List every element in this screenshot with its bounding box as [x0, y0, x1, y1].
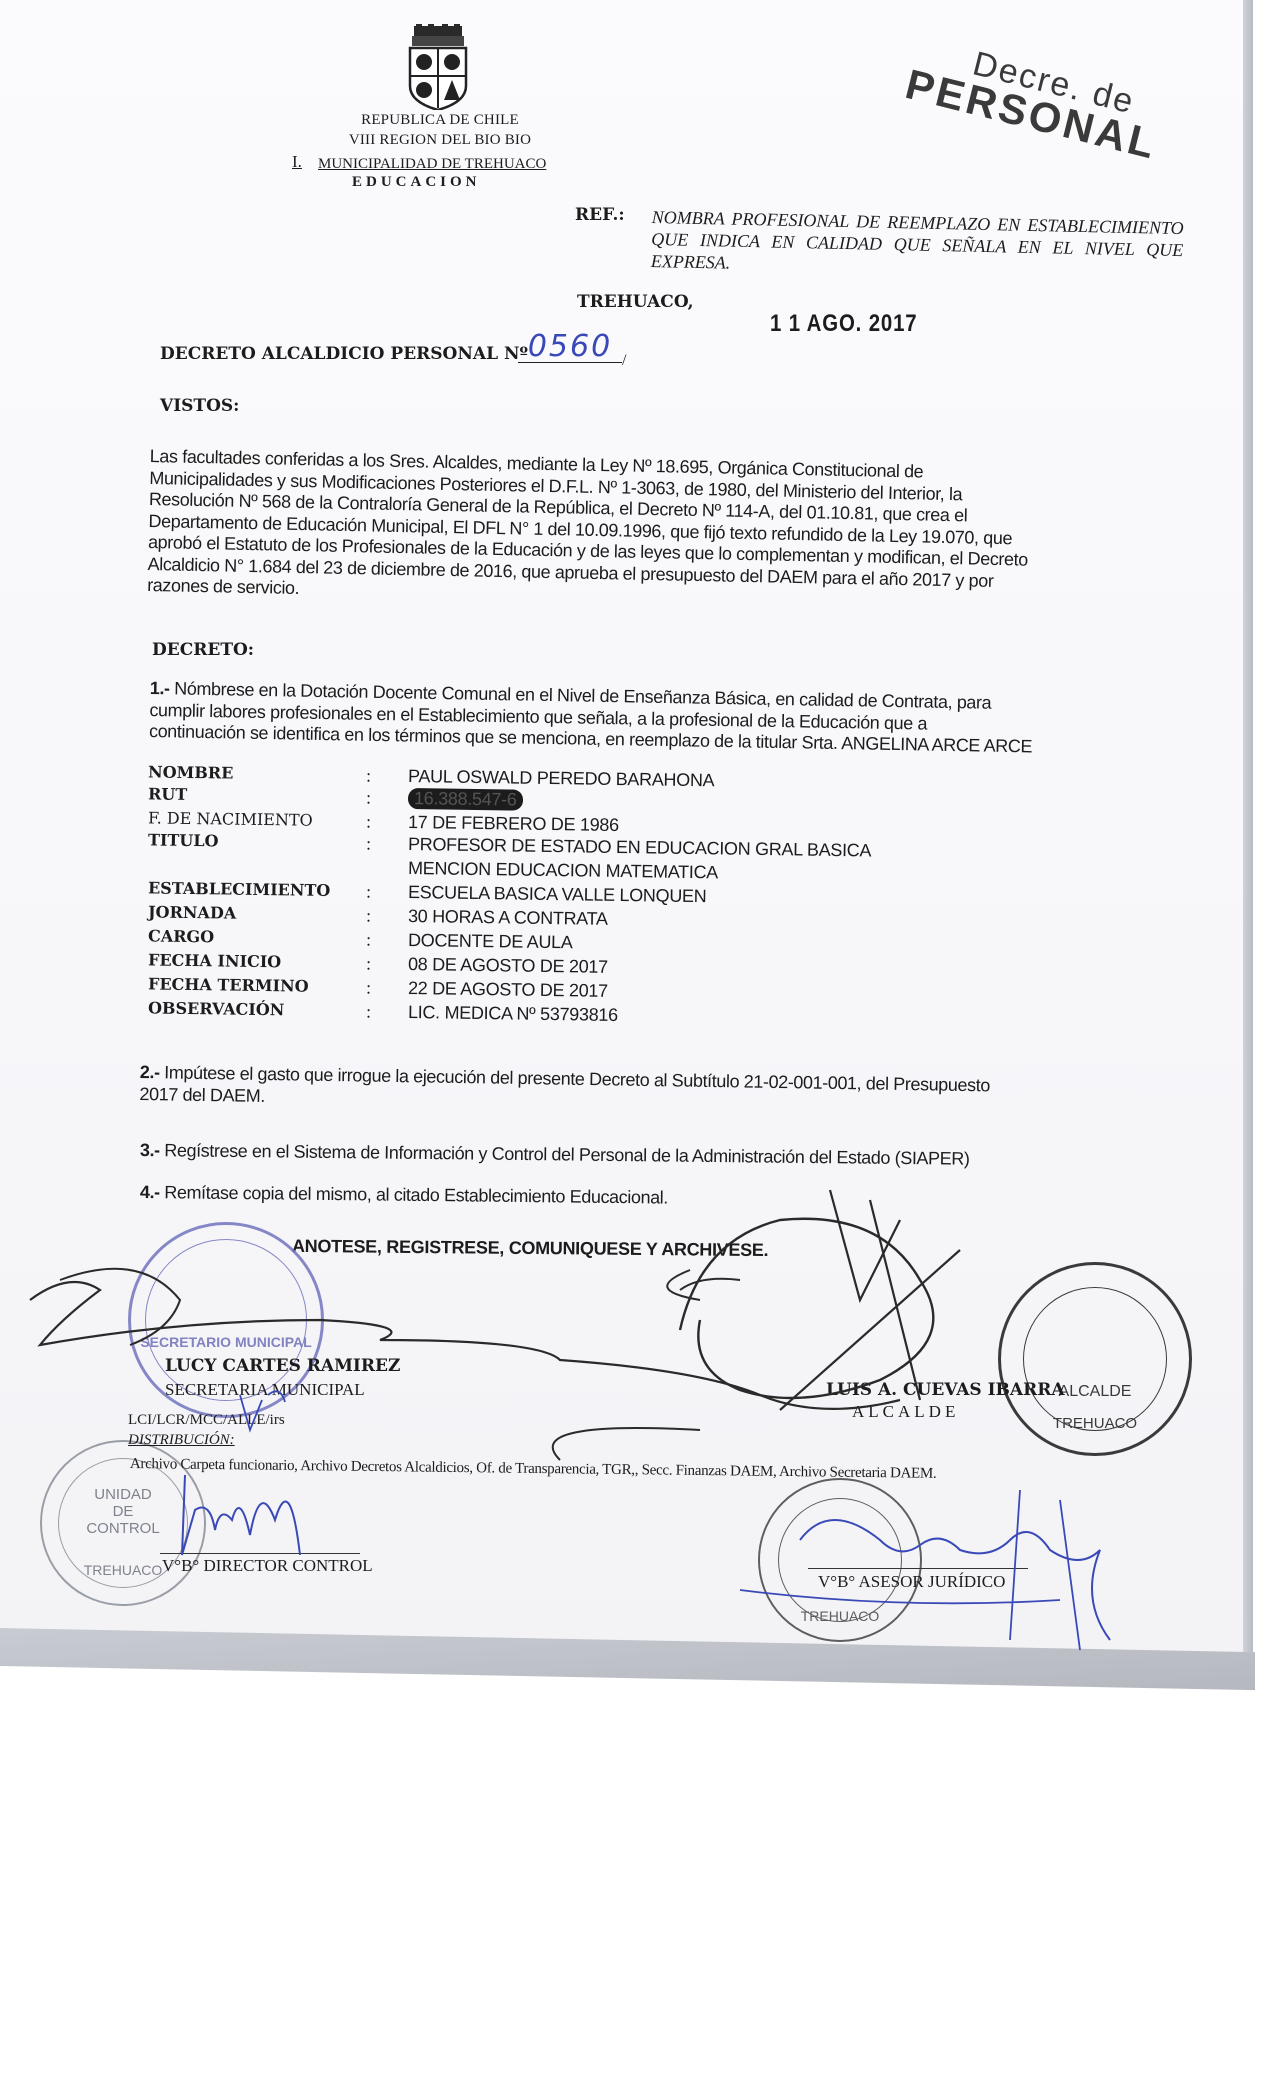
- header-department: EDUCACION: [352, 174, 481, 191]
- secretary-name: LUCY CARTES RAMIREZ: [165, 1356, 400, 1376]
- field-value-title-line2: MENCION EDUCACION MATEMATICA: [408, 858, 718, 883]
- field-label: TITULO: [148, 830, 219, 850]
- secretary-seal-text: SECRETARIO MUNICIPAL: [131, 1335, 321, 1350]
- field-label: ESTABLECIMIENTO: [148, 878, 330, 900]
- header-country: REPUBLICA DE CHILE: [280, 112, 600, 129]
- page-edge-shadow: [1243, 0, 1253, 1665]
- municipal-coat-of-arms-icon: [406, 24, 470, 110]
- place-label: TREHUACO,: [577, 292, 694, 312]
- field-label: NOMBRE: [148, 762, 234, 782]
- control-seal-line: DE: [42, 1503, 204, 1520]
- field-colon: :: [366, 929, 371, 950]
- mayor-role: ALCALDE: [852, 1402, 959, 1422]
- field-value-school: ESCUELA BASICA VALLE LONQUEN: [408, 882, 707, 907]
- field-colon: :: [366, 833, 371, 854]
- control-signature-line: [160, 1553, 360, 1554]
- field-value-start-date: 08 DE AGOSTO DE 2017: [408, 954, 608, 978]
- decree-number-slash: /: [622, 352, 626, 370]
- control-seal-center: UNIDAD DE CONTROL: [42, 1486, 204, 1537]
- control-seal-line: UNIDAD: [42, 1486, 204, 1503]
- field-label: OBSERVACIÓN: [148, 998, 285, 1019]
- item-3-number: 3.-: [140, 1140, 160, 1160]
- field-colon: :: [366, 881, 371, 902]
- field-colon: :: [366, 765, 371, 786]
- date-stamp: 1 1 AGO. 2017: [770, 310, 918, 338]
- field-value-end-date: 22 DE AGOSTO DE 2017: [408, 978, 608, 1002]
- field-colon: :: [366, 977, 371, 998]
- header-prefix: I.: [292, 152, 302, 172]
- decree-title: DECRETO ALCALDICIO PERSONAL Nº: [160, 344, 528, 364]
- field-value-hours: 30 HORAS A CONTRATA: [408, 906, 608, 930]
- field-label: F. DE NACIMIENTO: [148, 808, 313, 829]
- field-label: CARGO: [148, 926, 214, 946]
- item-4-text: Remítase copia del mismo, al citado Esta…: [164, 1182, 668, 1207]
- field-value-name: PAUL OSWALD PEREDO BARAHONA: [408, 766, 715, 791]
- header-municipality: MUNICIPALIDAD DE TREHUACO: [318, 156, 546, 173]
- field-colon: :: [366, 953, 371, 974]
- decree-number: 0560: [518, 332, 622, 363]
- field-colon: :: [366, 787, 371, 808]
- closing-formula: ANOTESE, REGISTRESE, COMUNIQUESE Y ARCHI…: [292, 1236, 768, 1261]
- field-value-birthdate: 17 DE FEBRERO DE 1986: [408, 812, 619, 836]
- mayor-name: LUIS A. CUEVAS IBARRA: [826, 1380, 1065, 1400]
- item-2-number: 2.-: [140, 1062, 160, 1082]
- vistos-paragraph: Las facultades conferidas a los Sres. Al…: [147, 446, 1180, 617]
- distribution-label: DISTRIBUCIÓN:: [128, 1432, 235, 1449]
- mayor-seal: ALCALDE TREHUACO: [998, 1262, 1192, 1456]
- field-colon: :: [366, 811, 371, 832]
- secretary-role: SECRETARIA MUNICIPAL: [165, 1380, 365, 1400]
- legal-approval-label: V°B° ASESOR JURÍDICO: [818, 1572, 1005, 1592]
- item-4-number: 4.-: [140, 1182, 160, 1202]
- legal-advisor-seal: TREHUACO: [758, 1478, 922, 1642]
- control-approval-label: V°B° DIRECTOR CONTROL: [162, 1556, 373, 1576]
- field-colon: :: [366, 905, 371, 926]
- control-seal-line: CONTROL: [42, 1520, 204, 1537]
- header-region: VIII REGION DEL BIO BIO: [280, 132, 600, 149]
- ref-label: REF.:: [575, 205, 625, 225]
- field-colon: :: [366, 1001, 371, 1022]
- mayor-seal-bottom: TREHUACO: [1001, 1415, 1189, 1432]
- legal-seal-bottom: TREHUACO: [760, 1608, 920, 1624]
- field-label: FECHA INICIO: [148, 950, 281, 971]
- field-value-observation: LIC. MEDICA Nº 53793816: [408, 1002, 618, 1026]
- field-value-position: DOCENTE DE AULA: [408, 930, 573, 953]
- initials: LCI/LCR/MCC/ALLE/irs: [128, 1412, 285, 1429]
- field-label: RUT: [148, 784, 187, 804]
- field-value-rut-redacted: 16.388.547-6: [408, 788, 523, 811]
- decreto-heading: DECRETO:: [152, 640, 254, 660]
- field-label: FECHA TERMINO: [148, 974, 309, 995]
- vistos-heading: VISTOS:: [160, 396, 239, 416]
- field-label: JORNADA: [148, 902, 236, 922]
- ref-text: NOMBRA PROFESIONAL DE REEMPLAZO EN ESTAB…: [651, 206, 1184, 283]
- item-1-number: 1.-: [150, 678, 170, 698]
- legal-signature-line: [808, 1568, 1028, 1569]
